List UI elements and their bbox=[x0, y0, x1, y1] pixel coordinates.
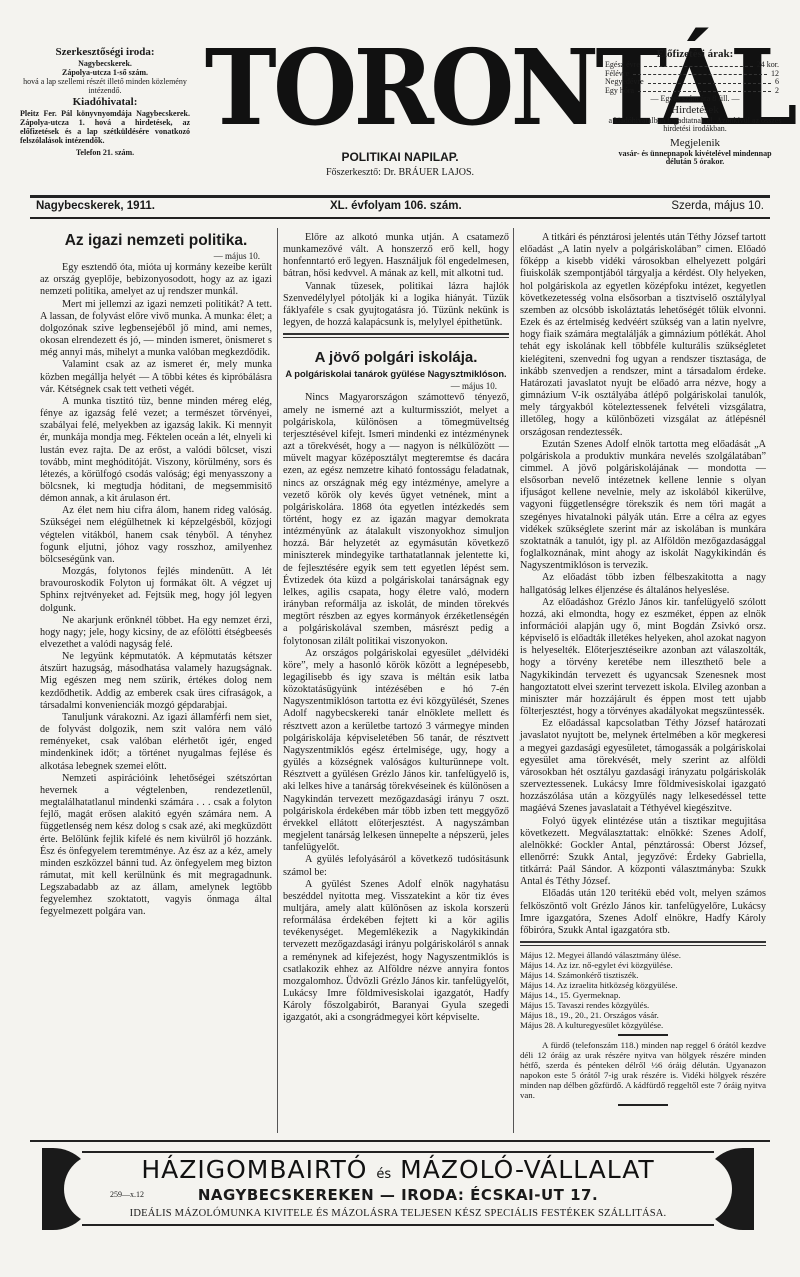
issue-info-bar: Nagybecskerek, 1911. XL. évfolyam 106. s… bbox=[30, 200, 770, 214]
article-dateline: — május 10. bbox=[283, 380, 509, 392]
event-item: Május 14. Számonkérő tisztiszék. bbox=[520, 970, 766, 980]
paragraph: Ne akarjunk erőnknél többet. Ha egy nemz… bbox=[40, 615, 272, 651]
newspaper-title: TORONTÁL bbox=[205, 30, 596, 145]
ad-rule bbox=[82, 1224, 714, 1226]
event-item: Május 15. Tavaszi rendes közgyülés. bbox=[520, 1000, 766, 1010]
bottom-rule bbox=[30, 217, 770, 219]
paragraph: Az előadáshoz Grézlo János kir. tanfelüg… bbox=[520, 597, 766, 719]
paragraph: Vannak tüzesek, politikai lázra hajlók S… bbox=[283, 281, 509, 330]
section-rule bbox=[520, 941, 766, 946]
paragraph: Valamint csak az az ismeret ér, mely mun… bbox=[40, 359, 272, 395]
paragraph: Nemzeti aspirációink lehetőségei szétszó… bbox=[40, 773, 272, 919]
article-headline: Az igazi nemzeti politika. bbox=[40, 232, 272, 250]
single-copy-price: — Egyes szám ára 8 fill. — bbox=[605, 95, 785, 104]
newspaper-subtitle: POLITIKAI NAPILAP. bbox=[190, 150, 610, 164]
price-value: 2 bbox=[775, 87, 779, 96]
price-label: Egy hóra bbox=[605, 87, 634, 96]
paragraph: A munka tisztitó tüz, benne minden méreg… bbox=[40, 396, 272, 505]
section-rule bbox=[283, 333, 509, 338]
ad-rule bbox=[82, 1151, 714, 1153]
paragraph: Folyó ügyek elintézése után a tisztikar … bbox=[520, 816, 766, 889]
paragraph: Előre az alkotó munka utján. A csatamező… bbox=[283, 232, 509, 281]
ornament-right-icon bbox=[702, 1148, 754, 1230]
event-item: Május 14., 15. Gyermeknap. bbox=[520, 990, 766, 1000]
article-headline: A jövő polgári iskolája. bbox=[283, 348, 509, 368]
issue-date: Szerda, május 10. bbox=[671, 200, 764, 212]
editorial-office-box: Szerkesztőségi iroda: Nagybecskerek. Záp… bbox=[20, 45, 190, 157]
ad-top-rule bbox=[30, 1140, 770, 1142]
event-item: Május 28. A kulturegyesület közgyülése. bbox=[520, 1020, 766, 1030]
publisher-heading: Kiadóhivatal: bbox=[20, 95, 190, 109]
ad-title-and: és bbox=[376, 1167, 391, 1182]
paragraph: Az élet nem hiu cifra álom, hanem rideg … bbox=[40, 505, 272, 566]
column-divider bbox=[277, 228, 278, 1133]
editorial-city: Nagybecskerek. bbox=[20, 59, 190, 68]
paragraph: Ez előadással kapcsolatban Téthy József … bbox=[520, 718, 766, 815]
paragraph: Az előadást több izben félbeszakitotta a… bbox=[520, 572, 766, 596]
place-year: Nagybecskerek, 1911. bbox=[36, 200, 155, 212]
article-subheadline: A polgáriskolai tanárok gyülése Nagysztm… bbox=[283, 368, 509, 380]
ad-title-part: HÁZIGOMBAIRTÓ bbox=[141, 1155, 367, 1184]
paragraph: Ne legyünk képmutatók. A képmutatás kéts… bbox=[40, 651, 272, 712]
paragraph: A titkári és pénztárosi jelentés után Té… bbox=[520, 232, 766, 439]
editorial-office-heading: Szerkesztőségi iroda: bbox=[20, 45, 190, 59]
bath-notice: A fürdő (telefonszám 118.) minden nap re… bbox=[520, 1040, 766, 1100]
subscription-box: Előfizetési árak: Egész évre24 kor. Félé… bbox=[605, 48, 785, 167]
article-dateline: — május 10. bbox=[40, 250, 272, 262]
paragraph: A gyülést Szenes Adolf elnök nagyhatásu … bbox=[283, 879, 509, 1025]
ads-heading: Hirdetések bbox=[605, 104, 785, 117]
paragraph: Előadás után 120 teritékü ebéd volt, mel… bbox=[520, 888, 766, 937]
publisher-note: Pleitz Fer. Pál könyvnyomdája Nagybecske… bbox=[20, 109, 190, 145]
paragraph: Az országos polgáriskolai egyesület „dél… bbox=[283, 648, 509, 855]
ads-note: a kiadóhivatalban fogadtatnak el. Azonkí… bbox=[605, 117, 785, 134]
paragraph: Egy esztendő óta, mióta uj kormány kezei… bbox=[40, 262, 272, 298]
column-divider bbox=[513, 228, 514, 1133]
paragraph: Mozgás, folytonos fejlés mindenütt. A lé… bbox=[40, 566, 272, 615]
phone-number: Telefon 21. szám. bbox=[20, 148, 190, 157]
volume-number: XL. évfolyam 106. szám. bbox=[330, 200, 462, 212]
schedule-note: vasár- és ünnepnapok kivételével mindenn… bbox=[605, 150, 785, 167]
column-middle: Előre az alkotó munka utján. A csatamező… bbox=[283, 232, 509, 1025]
ad-title-part: MÁZOLÓ-VÁLLALAT bbox=[400, 1155, 655, 1184]
paragraph: Ezután Szenes Adolf elnök tartotta meg e… bbox=[520, 439, 766, 573]
event-item: Május 14. Az izraelita hitközség közgyül… bbox=[520, 980, 766, 990]
article-national-politics: Az igazi nemzeti politika. — május 10. E… bbox=[40, 232, 272, 919]
paragraph: Mert mi jellemzi az igazi nemzeti politi… bbox=[40, 299, 272, 360]
price-row: Egész évre24 kor. bbox=[605, 61, 785, 70]
ornament-left-icon bbox=[42, 1148, 94, 1230]
advertisement-banner: HÁZIGOMBAIRTÓ és MÁZOLÓ-VÁLLALAT 259—x.1… bbox=[42, 1148, 754, 1230]
editor-in-chief: Főszerkesztő: Dr. BRÁUER LAJOS. bbox=[190, 167, 610, 178]
editorial-note: hová a lap szellemi részét illető minden… bbox=[20, 77, 190, 95]
schedule-heading: Megjelenik bbox=[605, 137, 785, 150]
event-item: Május 14. Az izr. nő-egylet évi közgyülé… bbox=[520, 960, 766, 970]
top-rule bbox=[30, 195, 770, 198]
local-notices: Május 12. Megyei állandó választmány ülé… bbox=[520, 950, 766, 1106]
divider bbox=[618, 1104, 668, 1106]
paragraph: A gyülés lefolyásáról a következő tudósi… bbox=[283, 854, 509, 878]
ad-tagline: IDEÁLIS MÁZOLÓMUNKA KIVITELE ÉS MÁZOLÁSR… bbox=[102, 1208, 694, 1219]
ad-address: NAGYBECSKEREKEN — IRODA: ÉCSKAI-UT 17. bbox=[102, 1186, 694, 1204]
paragraph: Nincs Magyarországon számottevő tényező,… bbox=[283, 392, 509, 647]
divider bbox=[618, 1034, 668, 1036]
editorial-street: Zápolya-utcza 1-ső szám. bbox=[20, 68, 190, 77]
column-right: A titkári és pénztárosi jelentés után Té… bbox=[520, 232, 766, 1110]
paragraph: Tanuljunk várakozni. Az igazi államférfi… bbox=[40, 712, 272, 773]
event-item: Május 12. Megyei állandó választmány ülé… bbox=[520, 950, 766, 960]
ad-title: HÁZIGOMBAIRTÓ és MÁZOLÓ-VÁLLALAT bbox=[102, 1156, 694, 1189]
event-item: Május 18., 19., 20., 21. Országos vásár. bbox=[520, 1010, 766, 1020]
